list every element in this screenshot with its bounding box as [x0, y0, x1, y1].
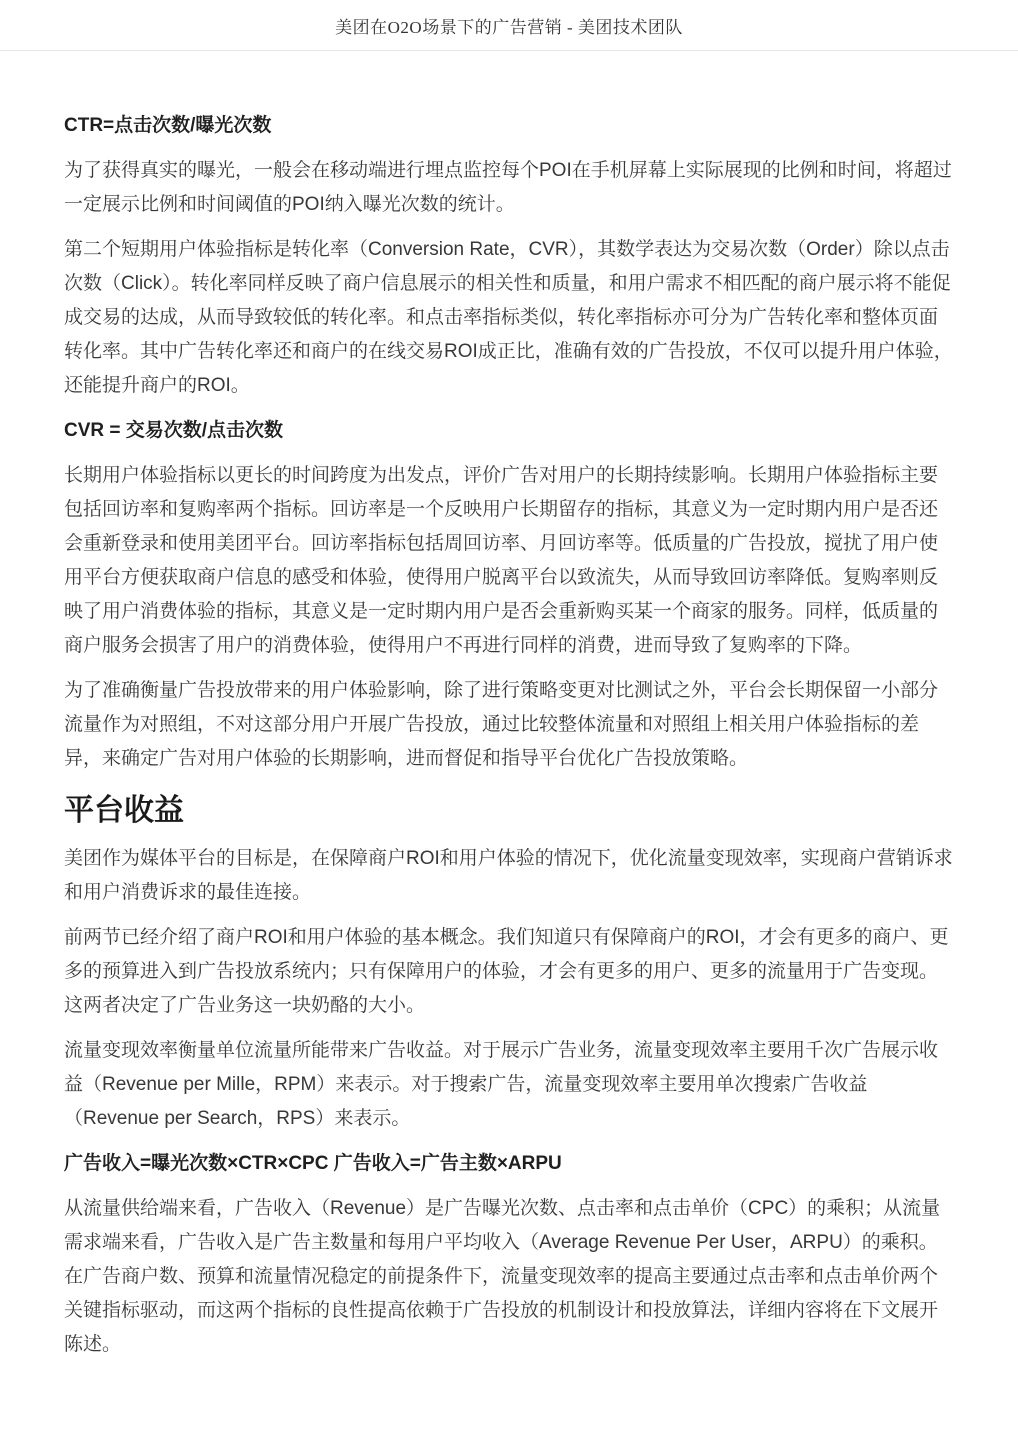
- paragraph: 为了获得真实的曝光，一般会在移动端进行埋点监控每个POI在手机屏幕上实际展现的比…: [64, 154, 954, 222]
- paragraph: 长期用户体验指标以更长的时间跨度为出发点，评价广告对用户的长期持续影响。长期用户…: [64, 459, 954, 663]
- paragraph: 从流量供给端来看，广告收入（Revenue）是广告曝光次数、点击率和点击单价（C…: [64, 1192, 954, 1362]
- formula-heading: 广告收入=曝光次数×CTR×CPC 广告收入=广告主数×ARPU: [64, 1147, 954, 1181]
- paragraph: 为了准确衡量广告投放带来的用户体验影响，除了进行策略变更对比测试之外，平台会长期…: [64, 674, 954, 776]
- print-header: 美团在O2O场景下的广告营销 - 美团技术团队: [0, 0, 1018, 51]
- paragraph: 前两节已经介绍了商户ROI和用户体验的基本概念。我们知道只有保障商户的ROI，才…: [64, 921, 954, 1023]
- page-title: 美团在O2O场景下的广告营销 - 美团技术团队: [335, 13, 683, 38]
- formula-heading: CVR = 交易次数/点击次数: [64, 414, 954, 448]
- paragraph: 流量变现效率衡量单位流量所能带来广告收益。对于展示广告业务，流量变现效率主要用千…: [64, 1034, 954, 1136]
- formula-heading: CTR=点击次数/曝光次数: [64, 109, 954, 143]
- section-heading: 平台收益: [64, 791, 954, 831]
- paragraph: 第二个短期用户体验指标是转化率（Conversion Rate，CVR），其数学…: [64, 233, 954, 403]
- paragraph: 美团作为媒体平台的目标是，在保障商户ROI和用户体验的情况下，优化流量变现效率，…: [64, 842, 954, 910]
- document-page: 美团在O2O场景下的广告营销 - 美团技术团队 CTR=点击次数/曝光次数为了获…: [0, 0, 1018, 1440]
- article-content: CTR=点击次数/曝光次数为了获得真实的曝光，一般会在移动端进行埋点监控每个PO…: [64, 51, 954, 1362]
